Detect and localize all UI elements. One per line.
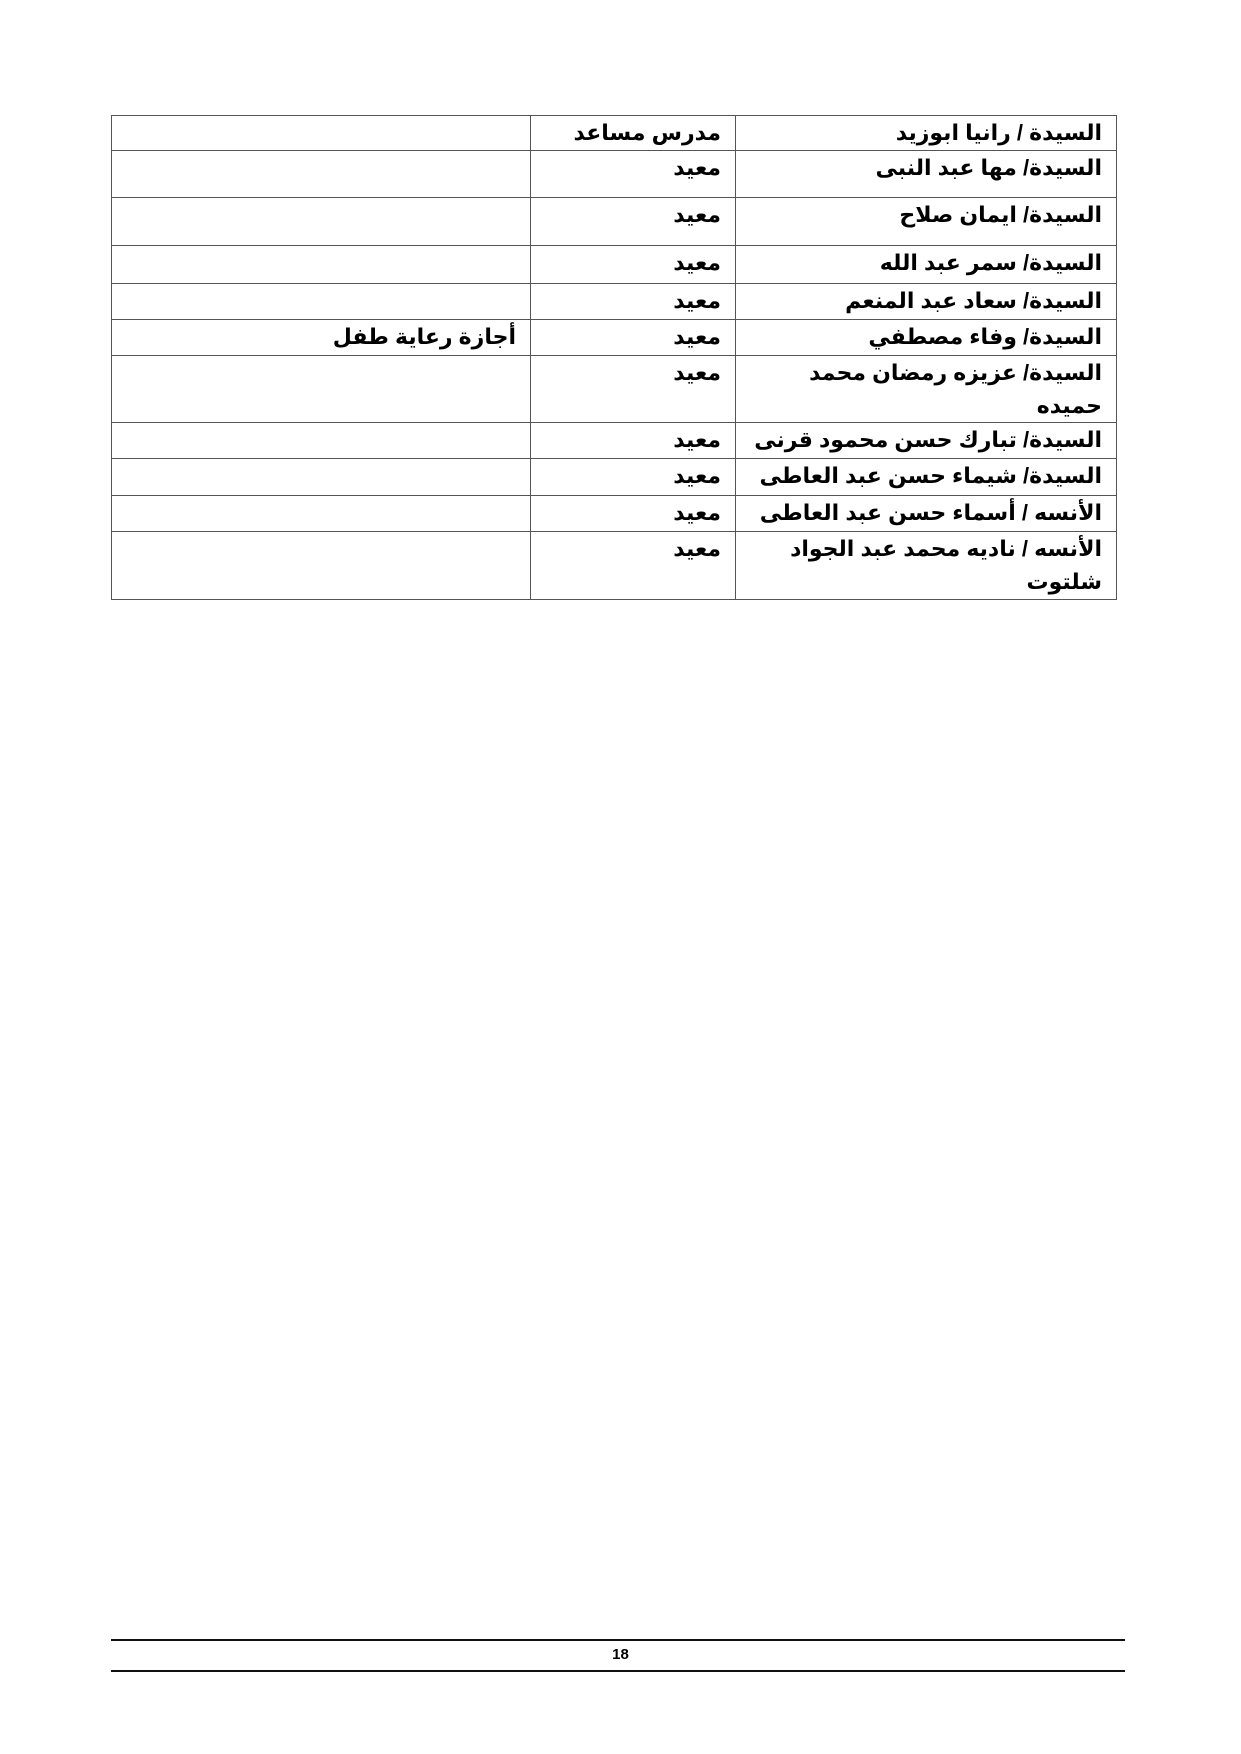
name-cell: السيدة/ سمر عبد الله bbox=[736, 246, 1117, 284]
footer-top-rule bbox=[111, 1639, 1125, 1641]
name-cell: السيدة/ مها عبد النبى bbox=[736, 151, 1117, 198]
title-cell: معيد bbox=[531, 532, 736, 600]
table-row: السيدة/ عزيزه رمضان محمد حميدهمعيد bbox=[112, 356, 1117, 423]
name-cell: السيدة/ عزيزه رمضان محمد حميده bbox=[736, 356, 1117, 423]
table-row: السيدة/ سمر عبد اللهمعيد bbox=[112, 246, 1117, 284]
table-row: السيدة/ ايمان صلاحمعيد bbox=[112, 198, 1117, 246]
note-cell bbox=[112, 459, 531, 496]
note-cell: أجازة رعاية طفل bbox=[112, 320, 531, 356]
title-cell: معيد bbox=[531, 151, 736, 198]
title-cell: معيد bbox=[531, 459, 736, 496]
title-cell: معيد bbox=[531, 496, 736, 532]
title-cell: معيد bbox=[531, 284, 736, 320]
title-cell: معيد bbox=[531, 423, 736, 459]
name-cell: السيدة/ ايمان صلاح bbox=[736, 198, 1117, 246]
page-number: 18 bbox=[0, 1646, 1241, 1663]
title-cell: معيد bbox=[531, 246, 736, 284]
table-row: السيدة / رانيا ابوزيدمدرس مساعد bbox=[112, 116, 1117, 151]
note-cell bbox=[112, 423, 531, 459]
table-row: السيدة/ سعاد عبد المنعممعيد bbox=[112, 284, 1117, 320]
name-cell: الأنسه / ناديه محمد عبد الجواد شلتوت bbox=[736, 532, 1117, 600]
note-cell bbox=[112, 532, 531, 600]
table-row: الأنسه / أسماء حسن عبد العاطىمعيد bbox=[112, 496, 1117, 532]
note-cell bbox=[112, 496, 531, 532]
title-cell: مدرس مساعد bbox=[531, 116, 736, 151]
note-cell bbox=[112, 198, 531, 246]
note-cell bbox=[112, 116, 531, 151]
table-row: السيدة/ مها عبد النبىمعيد bbox=[112, 151, 1117, 198]
table-row: السيدة/ تبارك حسن محمود قرنىمعيد bbox=[112, 423, 1117, 459]
title-cell: معيد bbox=[531, 356, 736, 423]
note-cell bbox=[112, 284, 531, 320]
name-cell: السيدة/ سعاد عبد المنعم bbox=[736, 284, 1117, 320]
title-cell: معيد bbox=[531, 198, 736, 246]
name-cell: السيدة/ تبارك حسن محمود قرنى bbox=[736, 423, 1117, 459]
name-cell: الأنسه / أسماء حسن عبد العاطى bbox=[736, 496, 1117, 532]
footer-bottom-rule bbox=[111, 1670, 1125, 1672]
name-cell: السيدة / رانيا ابوزيد bbox=[736, 116, 1117, 151]
table-row: السيدة/ وفاء مصطفيمعيدأجازة رعاية طفل bbox=[112, 320, 1117, 356]
note-cell bbox=[112, 356, 531, 423]
note-cell bbox=[112, 151, 531, 198]
table-row: الأنسه / ناديه محمد عبد الجواد شلتوتمعيد bbox=[112, 532, 1117, 600]
table-row: السيدة/ شيماء حسن عبد العاطىمعيد bbox=[112, 459, 1117, 496]
staff-table: السيدة / رانيا ابوزيدمدرس مساعدالسيدة/ م… bbox=[111, 115, 1117, 600]
name-cell: السيدة/ شيماء حسن عبد العاطى bbox=[736, 459, 1117, 496]
note-cell bbox=[112, 246, 531, 284]
name-cell: السيدة/ وفاء مصطفي bbox=[736, 320, 1117, 356]
title-cell: معيد bbox=[531, 320, 736, 356]
